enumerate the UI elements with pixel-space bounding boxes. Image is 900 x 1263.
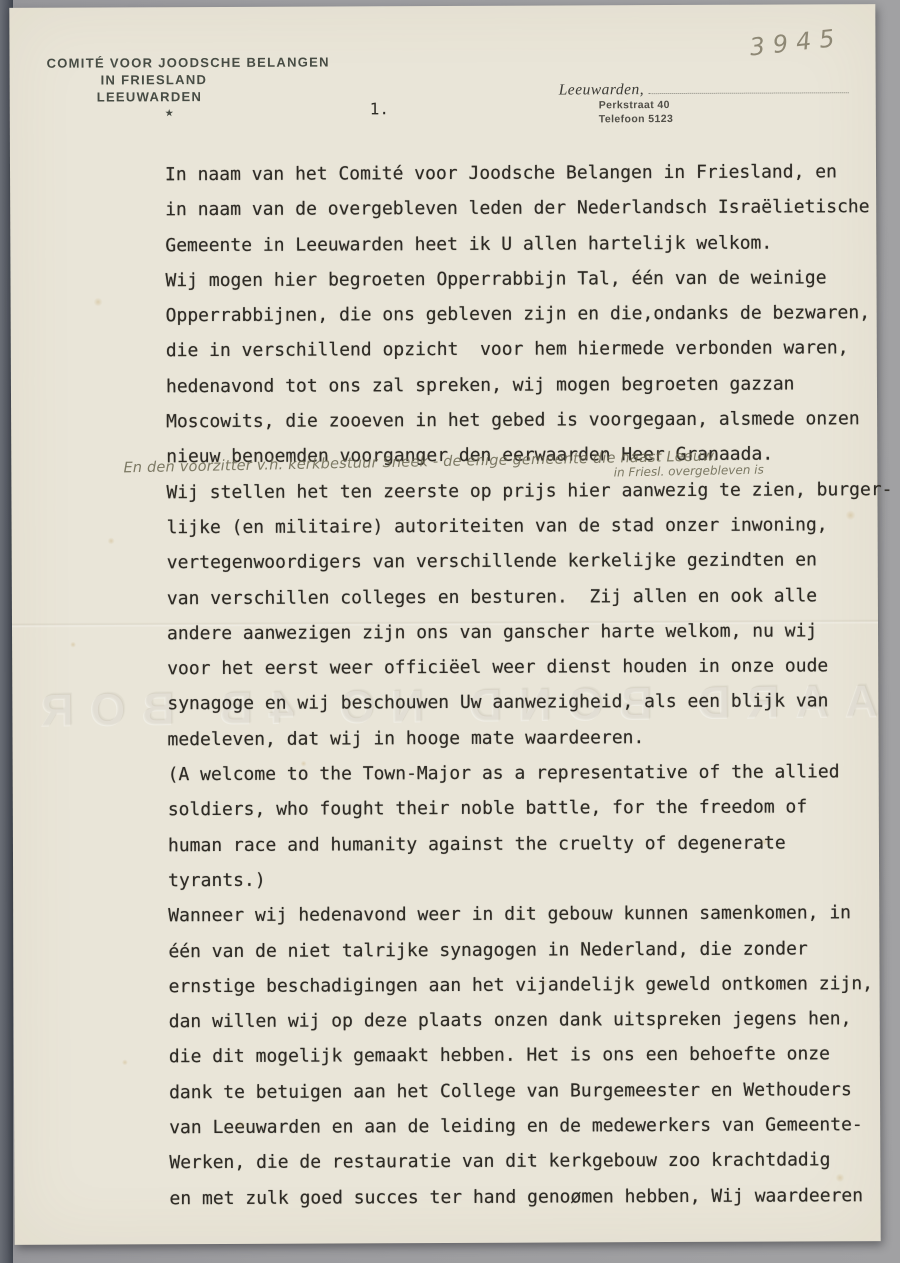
typed-line: Wij stellen het ten zeerste op prijs hie… — [166, 472, 892, 510]
typed-line: Opperrabbijnen, die ons gebleven zijn en… — [166, 295, 892, 333]
typed-line: Wij mogen hier begroeten Opperrabbijn Ta… — [165, 260, 891, 298]
paper-stain — [108, 537, 115, 544]
typed-line: dan willen wij op deze plaats onzen dank… — [169, 1001, 895, 1039]
typed-line: één van de niet talrijke synagogen in Ne… — [168, 931, 894, 969]
paper-stain — [301, 761, 307, 767]
typed-line: ernstige beschadigingen aan het vijandel… — [169, 966, 895, 1004]
typed-line: in naam van de overgebleven leden der Ne… — [165, 189, 891, 227]
typed-line: synagoge en wij beschouwen Uw aanwezighe… — [167, 683, 893, 721]
scanned-document: COMITÉ VOOR JOODSCHE BELANGEN IN FRIESLA… — [0, 0, 900, 1263]
street-label: Perkstraat 40 — [599, 98, 859, 113]
typed-line: die dit mogelijk gemaakt hebben. Het is … — [169, 1036, 895, 1074]
letterhead-line-2: IN FRIESLAND — [101, 70, 330, 88]
typed-line: van verschillen colleges en besturen. Zi… — [167, 578, 893, 616]
page-number: 1. — [370, 99, 389, 118]
letter-page: COMITÉ VOOR JOODSCHE BELANGEN IN FRIESLA… — [9, 4, 880, 1245]
typed-line: die in verschillend opzicht voor hem hie… — [166, 331, 892, 369]
phone-label: Telefoon 5123 — [599, 112, 859, 127]
typed-line: Werken, die de restauratie van dit kerkg… — [169, 1142, 895, 1180]
typed-line: In naam van het Comité voor Joodsche Bel… — [165, 154, 891, 192]
address-city-row: Leeuwarden, — [559, 80, 859, 99]
star-icon: ★ — [165, 107, 330, 119]
typed-line: dank te betuigen aan het College van Bur… — [169, 1072, 895, 1110]
typed-line: (A welcome to the Town-Major as a repres… — [168, 754, 894, 792]
letter-body: In naam van het Comité voor Joodsche Bel… — [165, 154, 896, 1216]
typed-line: lijke (en militaire) autoriteiten van de… — [166, 507, 892, 545]
paper-stain — [122, 1059, 128, 1065]
typed-line: vertegenwoordigers van verschillende ker… — [167, 542, 893, 580]
paper-stain — [237, 1121, 245, 1129]
paper-stain — [846, 510, 856, 520]
typed-line: voor het eerst weer officiëel weer diens… — [167, 648, 893, 686]
typed-line: Moscowits, die zooeven in het gebed is v… — [166, 401, 892, 439]
typed-line: soldiers, who fought their noble battle,… — [168, 789, 894, 827]
typed-line: medeleven, dat wij in hooge mate waardee… — [167, 719, 893, 757]
typed-line: en met zulk goed succes ter hand genoøme… — [169, 1178, 895, 1216]
typed-line: human race and humanity against the crue… — [168, 825, 894, 863]
city-label: Leeuwarden, — [559, 81, 645, 98]
handwritten-annotation-line-2: in Friesl. overgebleven is — [614, 463, 764, 480]
archive-number-handwritten: 3945 — [748, 23, 844, 61]
typed-line: van Leeuwarden en aan de leiding en de m… — [169, 1107, 895, 1145]
typed-line: tyrants.) — [168, 860, 894, 898]
paper-stain — [835, 1173, 844, 1182]
letterhead-line-3: LEEUWARDEN — [97, 87, 330, 105]
dotted-date-line — [649, 92, 849, 94]
address-block: Leeuwarden, Perkstraat 40 Telefoon 5123 — [559, 80, 859, 126]
paper-stain — [542, 980, 548, 986]
typed-line: Gemeente in Leeuwarden heet ik U allen h… — [165, 225, 891, 263]
typed-line: Wanneer wij hedenavond weer in dit gebou… — [168, 895, 894, 933]
typed-line: hedenavond tot ons zal spreken, wij moge… — [166, 366, 892, 404]
paper-stain — [70, 642, 76, 648]
letterhead: COMITÉ VOOR JOODSCHE BELANGEN IN FRIESLA… — [47, 53, 331, 119]
typed-line: andere aanwezigen zijn ons van ganscher … — [167, 613, 893, 651]
letterhead-line-1: COMITÉ VOOR JOODSCHE BELANGEN — [47, 53, 330, 71]
paper-stain — [94, 297, 103, 306]
paper-stain — [761, 839, 768, 846]
